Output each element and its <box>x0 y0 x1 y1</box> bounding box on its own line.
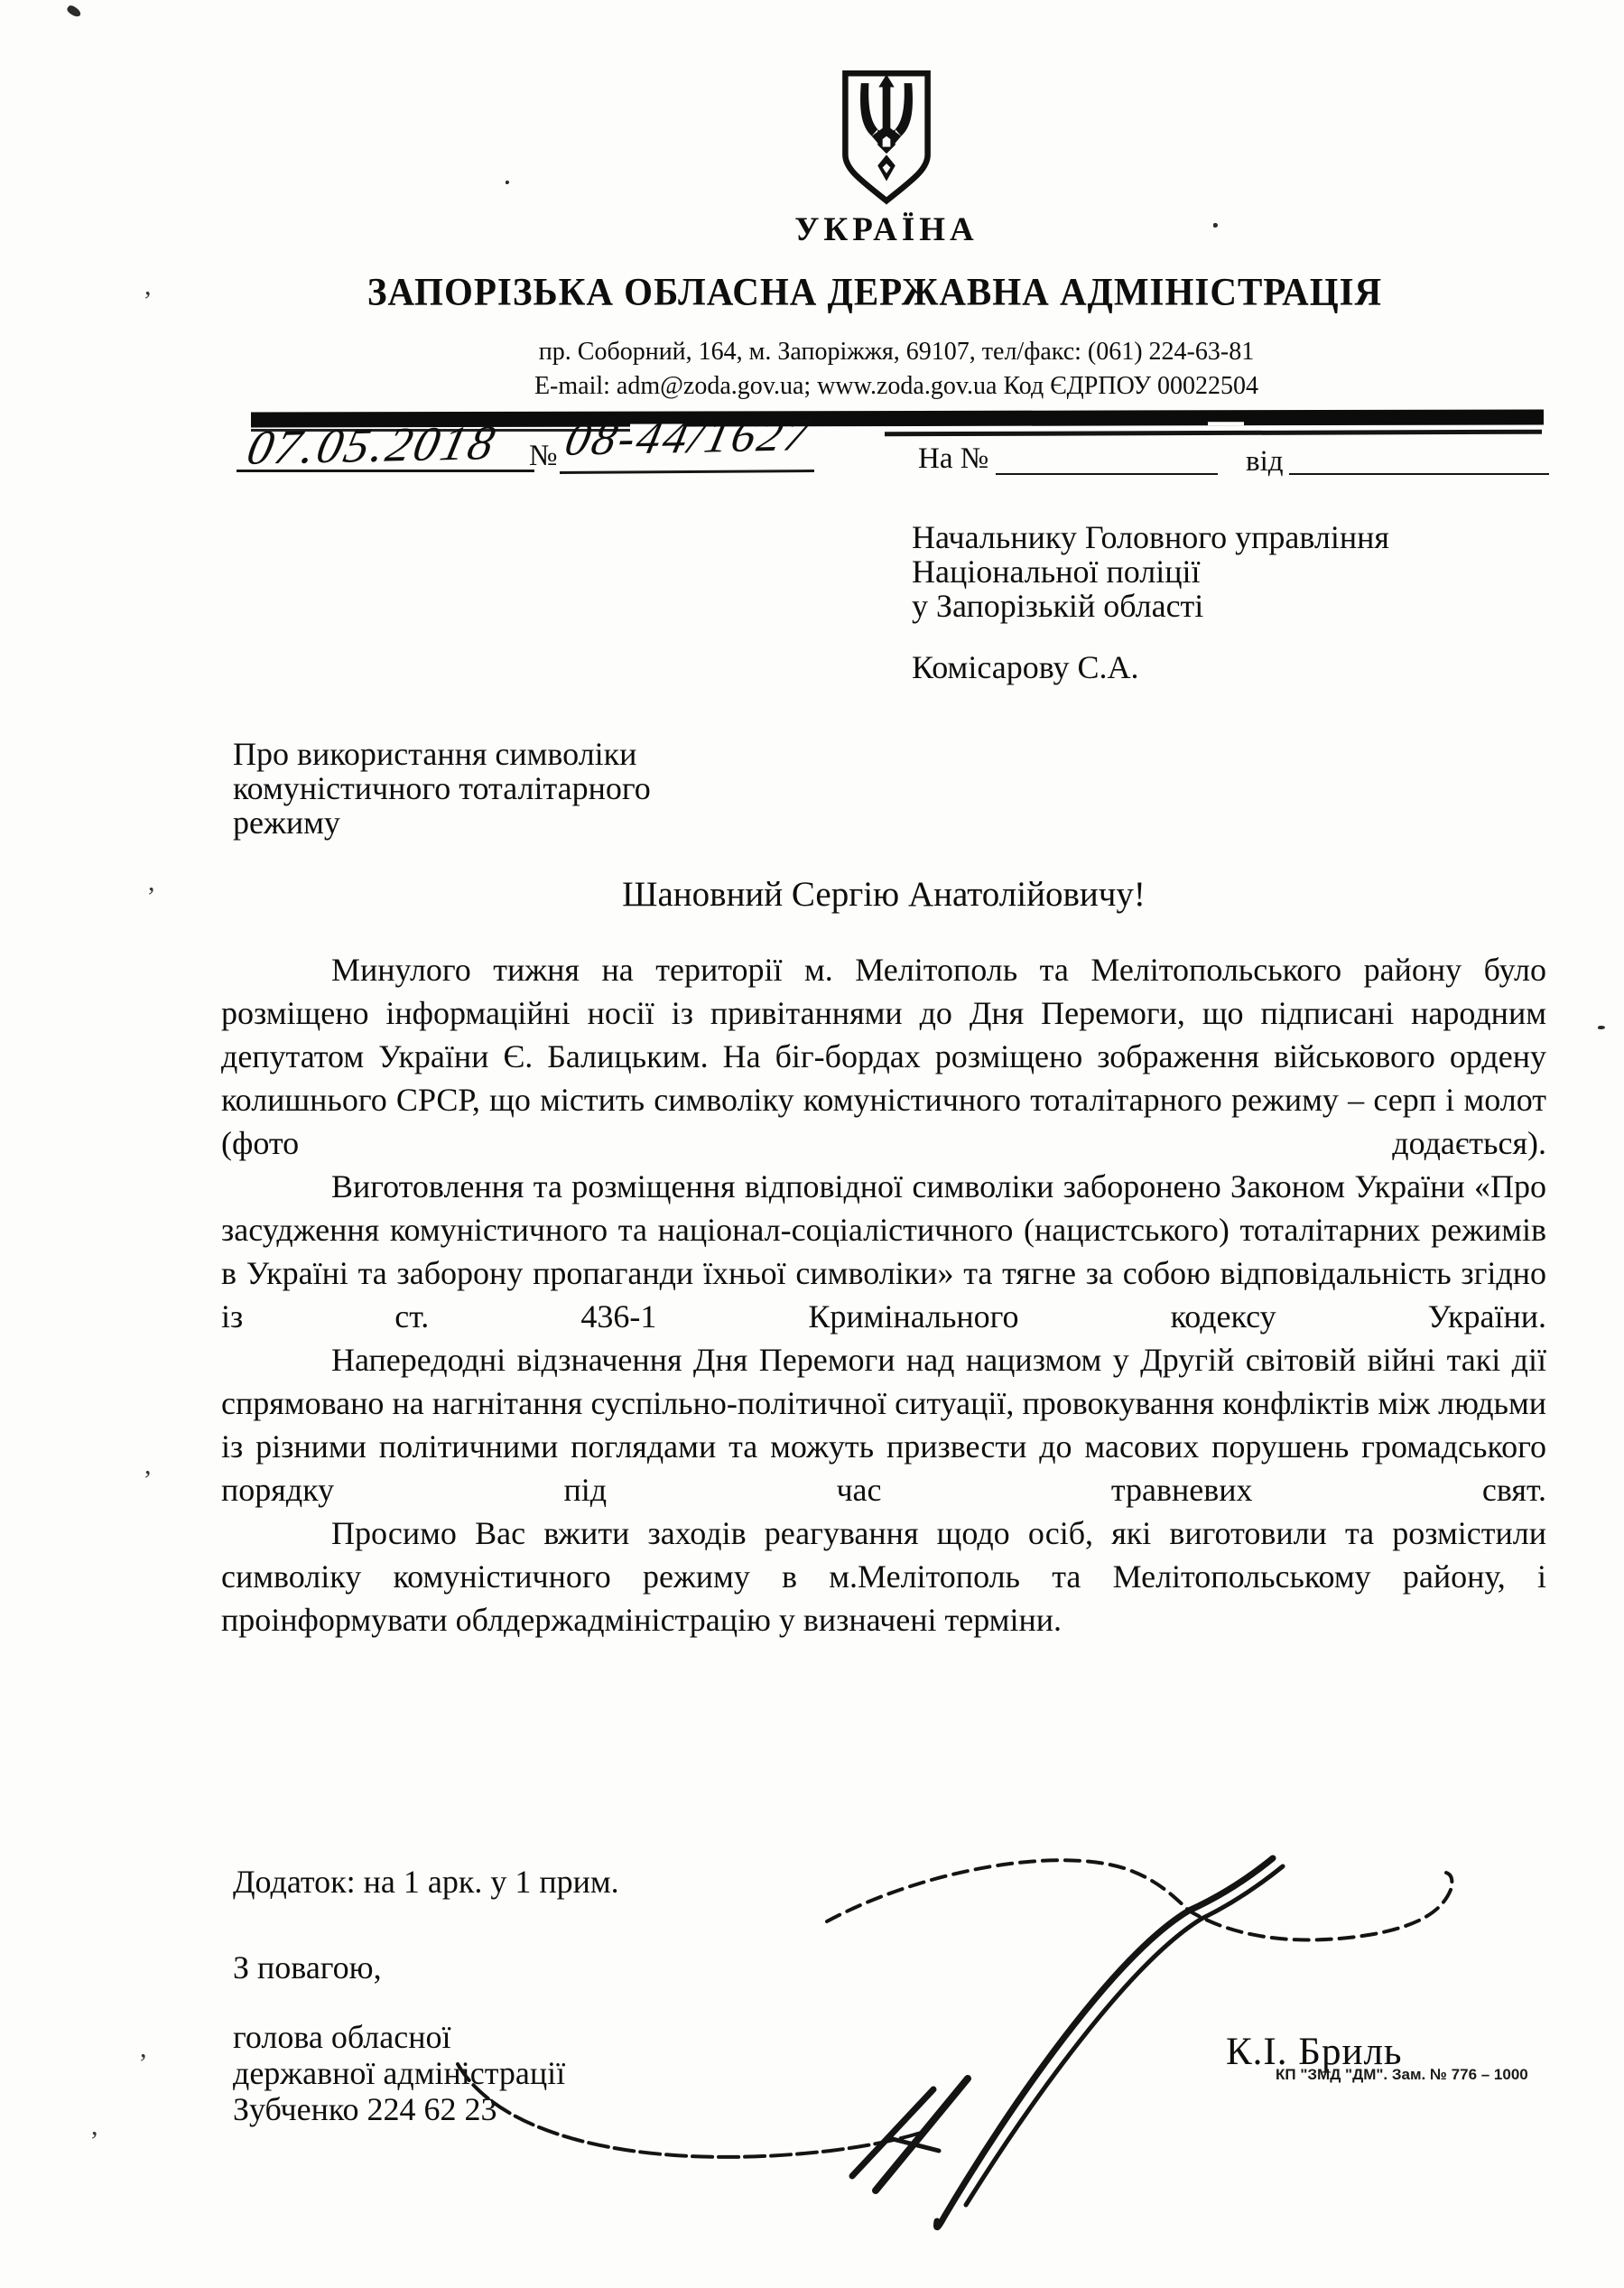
scan-artifact: , <box>148 878 155 887</box>
scanned-letter-page: УКРАЇНА ЗАПОРІЗЬКА ОБЛАСНА ДЕРЖАВНА АДМІ… <box>0 0 1624 2288</box>
recipient-line: Національної поліції <box>912 554 1489 589</box>
scan-artifact: , <box>91 2122 98 2131</box>
reply-to-number-label: На № <box>918 442 988 476</box>
subject-line: комуністичного тоталітарного <box>233 771 738 805</box>
reply-number-blank-line <box>996 473 1218 475</box>
scan-artifact: , <box>144 1461 152 1470</box>
letter-body: Минулого тижня на території м. Мелітопол… <box>221 948 1546 1642</box>
reply-date-blank-line <box>1289 473 1549 475</box>
salutation: Шановний Сергію Анатолійовичу! <box>221 874 1546 915</box>
subject-line: Про використання символіки <box>233 737 738 771</box>
country-title: УКРАЇНА <box>706 210 1067 249</box>
recipient-line: Начальнику Головного управління <box>912 520 1489 554</box>
scan-artifact <box>1213 223 1218 228</box>
recipient-name: Комісарову С.А. <box>912 650 1489 684</box>
recipient-line: у Запорізькій області <box>912 589 1489 623</box>
reply-from-label: від <box>1246 445 1284 479</box>
body-paragraph: Напередодні відзначення Дня Перемоги над… <box>221 1338 1546 1511</box>
number-sign-label: № <box>529 440 558 473</box>
body-paragraph: Просимо Вас вжити заходів реагування щод… <box>221 1511 1546 1642</box>
body-paragraph: Минулого тижня на території м. Мелітопол… <box>221 948 1546 1165</box>
organization-name: ЗАПОРІЗЬКА ОБЛАСНА ДЕРЖАВНА АДМІНІСТРАЦІ… <box>153 269 1597 314</box>
header-divider-bar-echo <box>885 430 1542 437</box>
scan-artifact <box>66 4 82 19</box>
handwritten-date: 07.05.2018 <box>242 414 503 476</box>
closing-regards: З повагою, <box>233 1949 382 1986</box>
number-underline <box>560 470 814 474</box>
scan-artifact: , <box>144 282 152 291</box>
org-contact-line: E-mail: adm@zoda.gov.ua; www.zoda.gov.ua… <box>174 372 1619 401</box>
scan-artifact: , <box>140 2044 147 2053</box>
recipient-block: Начальнику Головного управління Націонал… <box>912 520 1489 684</box>
date-underline <box>237 470 534 472</box>
org-address-line: пр. Соборний, 164, м. Запоріжжя, 69107, … <box>174 338 1619 367</box>
body-paragraph: Виготовлення та розміщення відповідної с… <box>221 1165 1546 1338</box>
scan-artifact <box>1598 1026 1605 1029</box>
ukraine-trident-icon <box>837 70 936 208</box>
handwritten-signature <box>433 1833 1499 2239</box>
handwritten-outgoing-number: 08-44/1627 <box>561 408 818 467</box>
subject-line: режиму <box>233 805 738 840</box>
subject-block: Про використання символіки комуністичног… <box>233 737 738 840</box>
scan-artifact <box>506 181 509 184</box>
